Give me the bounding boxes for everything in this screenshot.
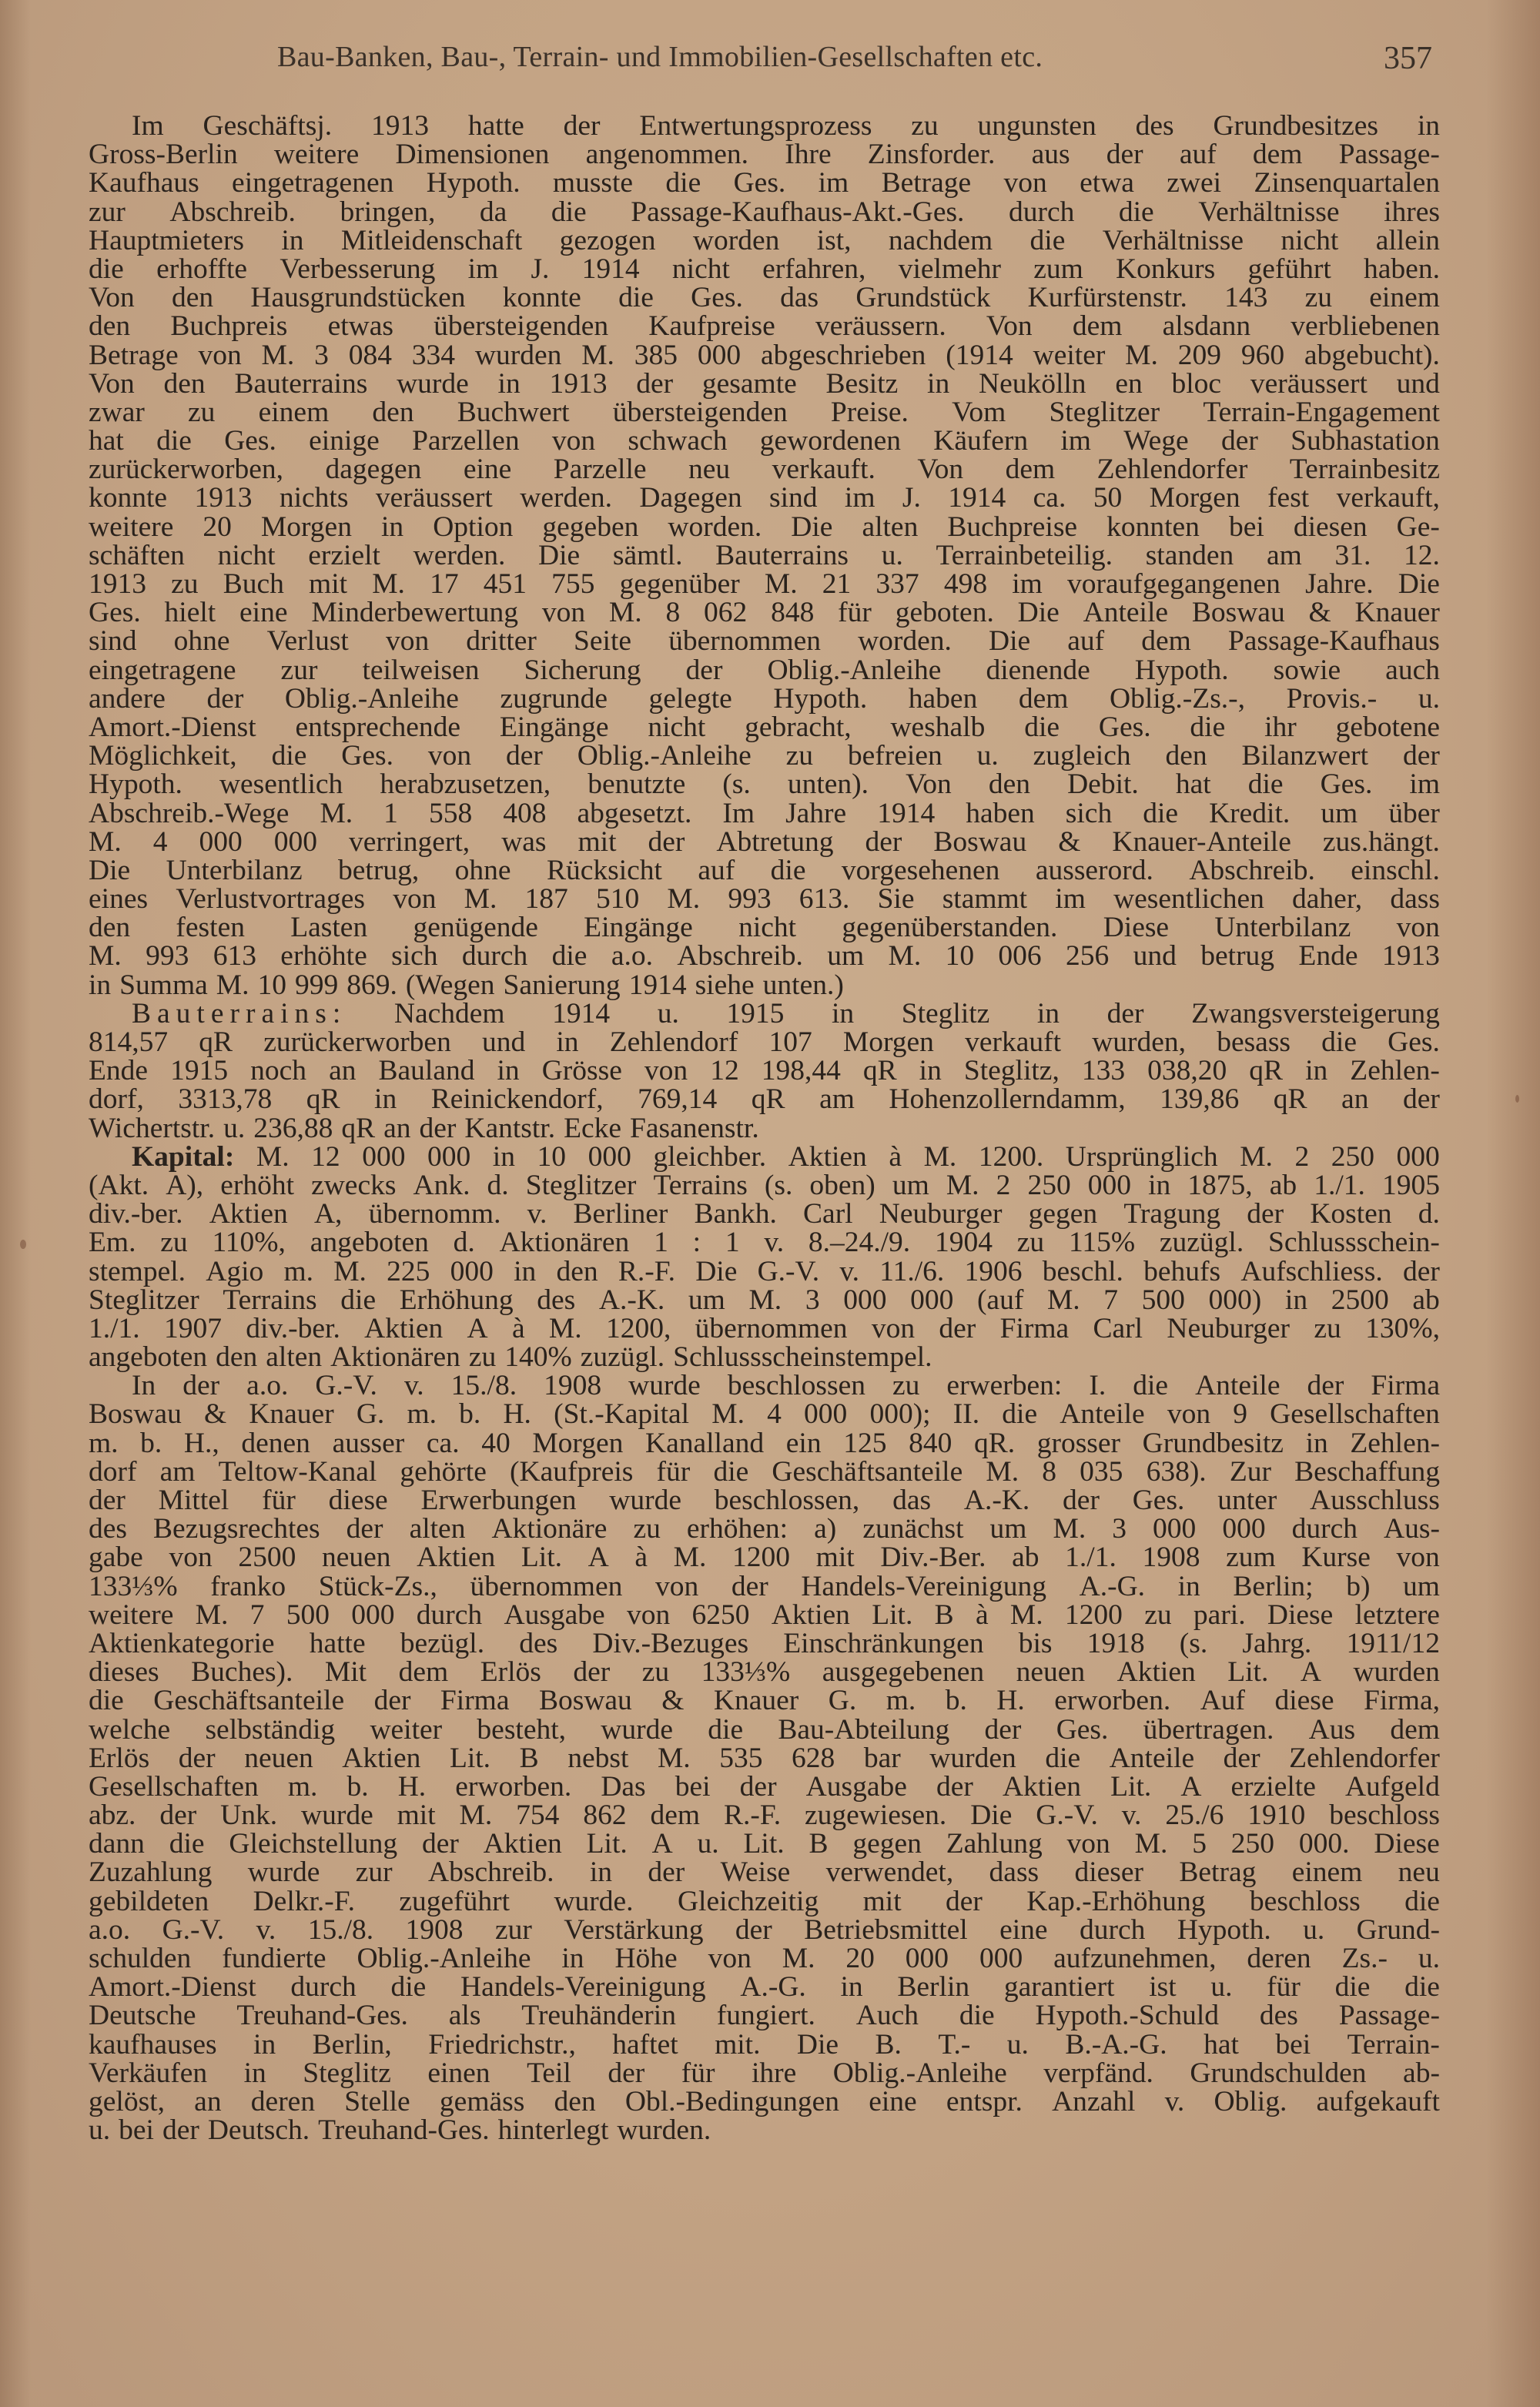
text-line: Gross-BerlinweitereDimensionenangenommen… bbox=[89, 140, 1440, 169]
text-line: a.o.G.-V.v.15./8.1908zurVerstärkungderBe… bbox=[89, 1916, 1440, 1944]
text-line: schuldenfundierteOblig.-AnleiheinHöhevon… bbox=[89, 1944, 1440, 1973]
text-line: Aktienkategoriehattebezügl.desDiv.-Bezug… bbox=[89, 1629, 1440, 1658]
text-line: KaufhauseingetragenenHypoth.musstedieGes… bbox=[89, 169, 1440, 197]
text-line: zurückerworben,dagegeneineParzelleneuver… bbox=[89, 455, 1440, 484]
paragraph-p4: Indera.o.G.-V.v.15./8.1908wurdebeschloss… bbox=[89, 1371, 1440, 2144]
text-line: gebildetenDelkr.-F.zugeführtwurde.Gleich… bbox=[89, 1887, 1440, 1916]
text-line: m.b.H.,denenausserca.40MorgenKanallandei… bbox=[89, 1429, 1440, 1458]
text-line: M.4000000verringert,wasmitderAbtretungde… bbox=[89, 828, 1440, 856]
text-line: dieerhoffteVerbesserungimJ.1914nichterfa… bbox=[89, 255, 1440, 283]
text-line: kaufhausesinBerlin,Friedrichstr.,haftetm… bbox=[89, 2030, 1440, 2059]
text-line: eingetragenezurteilweisenSicherungderObl… bbox=[89, 656, 1440, 685]
text-line: u.beiderDeutsch.Treuhand-Ges.hinterlegtw… bbox=[89, 2116, 1440, 2144]
text-line: ZuzahlungwurdezurAbschreib.inderWeisever… bbox=[89, 1858, 1440, 1886]
text-line: danndieGleichstellungderAktienLit.Au.Lit… bbox=[89, 1830, 1440, 1858]
text-line: Amort.-DienstentsprechendeEingängenichtg… bbox=[89, 713, 1440, 742]
text-line: ImGeschäftsj.1913hattederEntwertungsproz… bbox=[89, 112, 1440, 140]
text-line: (Akt.A),erhöhtzwecksAnk.d.SteglitzerTerr… bbox=[89, 1171, 1440, 1200]
text-line: 133⅓%frankoStück-Zs.,übernommenvonderHan… bbox=[89, 1572, 1440, 1601]
text-line: Hypoth.wesentlichherabzusetzen,benutzte(… bbox=[89, 770, 1440, 798]
text-line: sindohneVerlustvondritterSeiteübernommen… bbox=[89, 627, 1440, 655]
text-line: Gesellschaftenm.b.H.erworben.DasbeiderAu… bbox=[89, 1773, 1440, 1801]
paper-stain bbox=[20, 1240, 26, 1249]
text-line: anderederOblig.-AnleihezugrundegelegteHy… bbox=[89, 685, 1440, 713]
text-line: hatdieGes.einigeParzellenvonschwachgewor… bbox=[89, 427, 1440, 455]
text-line: M.993613erhöhtesichdurchdiea.o.Abschreib… bbox=[89, 942, 1440, 970]
text-line: Wichertstr.u.236,88qRanderKantstr.EckeFa… bbox=[89, 1114, 1440, 1143]
text-line: ErlösderneuenAktienLit.BnebstM.535628bar… bbox=[89, 1744, 1440, 1773]
text-line: VondenHausgrundstückenkonntedieGes.dasGr… bbox=[89, 283, 1440, 312]
text-line: Ende1915nochanBaulandinGrössevon12198,44… bbox=[89, 1056, 1440, 1085]
text-line: div.-ber.AktienA,übernomm.v.BerlinerBank… bbox=[89, 1200, 1440, 1228]
text-line: Abschreib.-WegeM.1558408abgesetzt.ImJahr… bbox=[89, 799, 1440, 828]
section-lead-label: Kapital: bbox=[132, 1143, 234, 1171]
text-line: denBuchpreisetwasübersteigendenKaufpreis… bbox=[89, 312, 1440, 340]
text-line: VerkäufeninSteglitzeinenTeilderfürihreOb… bbox=[89, 2059, 1440, 2087]
text-line: Amort.-DienstdurchdieHandels-Vereinigung… bbox=[89, 1973, 1440, 2001]
text-line: Kapital:M.12000000in10000gleichber.Aktie… bbox=[89, 1143, 1440, 1171]
text-line: VondenBauterrainswurdein1913dergesamteBe… bbox=[89, 370, 1440, 398]
text-line: DeutscheTreuhand-Ges.alsTreuhänderinfung… bbox=[89, 2001, 1440, 2030]
text-line: BetragevonM.3084334wurdenM.385000abgesch… bbox=[89, 341, 1440, 370]
page-edge-shadow-left bbox=[0, 0, 31, 2407]
paragraph-p1: ImGeschäftsj.1913hattederEntwertungsproz… bbox=[89, 112, 1440, 999]
paragraph-p2: Bauterrains:Nachdem1914u.1915inSteglitzi… bbox=[89, 999, 1440, 1143]
text-line: denfestenLastengenügendeEingängenichtgeg… bbox=[89, 913, 1440, 942]
text-line: dorf,3313,78qRinReinickendorf,769,14qRam… bbox=[89, 1085, 1440, 1113]
text-line: abz.derUnk.wurdemitM.754862demR.-F.zugew… bbox=[89, 1801, 1440, 1830]
section-lead-label: Bauterrains: bbox=[132, 999, 346, 1028]
text-line: dieGeschäftsanteilederFirmaBoswau&Knauer… bbox=[89, 1686, 1440, 1715]
text-line: welcheselbständigweiterbesteht,wurdedieB… bbox=[89, 1716, 1440, 1744]
text-line: Bauterrains:Nachdem1914u.1915inSteglitzi… bbox=[89, 999, 1440, 1028]
text-line: dorfamTeltow-Kanalgehörte(Kaufpreisfürdi… bbox=[89, 1458, 1440, 1486]
text-line: weitereM.7500000durchAusgabevon6250Aktie… bbox=[89, 1601, 1440, 1629]
text-line: 1913zuBuchmitM.17451755gegenüberM.213374… bbox=[89, 570, 1440, 598]
text-line: Indera.o.G.-V.v.15./8.1908wurdebeschloss… bbox=[89, 1371, 1440, 1400]
text-line: Möglichkeit,dieGes.vonderOblig.-Anleihez… bbox=[89, 742, 1440, 770]
text-line: desBezugsrechtesderaltenAktionärezuerhöh… bbox=[89, 1515, 1440, 1543]
text-line: zurAbschreib.bringen,dadiePassage-Kaufha… bbox=[89, 198, 1440, 226]
paragraph-p3: Kapital:M.12000000in10000gleichber.Aktie… bbox=[89, 1143, 1440, 1372]
text-line: DieUnterbilanzbetrug,ohneRücksichtaufdie… bbox=[89, 856, 1440, 885]
text-line: diesesBuches).MitdemErlösderzu133⅓%ausge… bbox=[89, 1658, 1440, 1686]
page-header: Bau-Banken, Bau-, Terrain- und Immobilie… bbox=[277, 40, 1432, 79]
text-line: gabevon2500neuenAktienLit.AàM.1200mitDiv… bbox=[89, 1543, 1440, 1572]
text-line: stempel.Agiom.M.225000indenR.-F.DieG.-V.… bbox=[89, 1257, 1440, 1286]
text-line: weitere20MorgeninOptiongegebenworden.Die… bbox=[89, 513, 1440, 541]
text-line: HauptmietersinMitleidenschaftgezogenword… bbox=[89, 226, 1440, 255]
running-title: Bau-Banken, Bau-, Terrain- und Immobilie… bbox=[277, 40, 1043, 74]
text-line: schäftennichterzieltwerden.Diesämtl.Baut… bbox=[89, 541, 1440, 570]
text-line: Em.zu110%,angebotend.Aktionären1:1v.8.–2… bbox=[89, 1228, 1440, 1257]
text-line: derMittelfürdieseErwerbungenwurdebeschlo… bbox=[89, 1486, 1440, 1515]
text-line: SteglitzerTerrainsdieErhöhungdesA.-K.umM… bbox=[89, 1286, 1440, 1314]
page-number: 357 bbox=[1384, 40, 1432, 77]
text-line: angebotendenaltenAktionärenzu140%zuzügl.… bbox=[89, 1343, 1440, 1371]
text-line: inSummaM.10999869.(WegenSanierung1914sie… bbox=[89, 971, 1440, 999]
text-line: 1./1.1907div.-ber.AktienAàM.1200,übernom… bbox=[89, 1314, 1440, 1343]
text-line: gelöst,anderenStellegemässdenObl.-Beding… bbox=[89, 2087, 1440, 2116]
page-edge-shadow-right bbox=[1486, 0, 1540, 2407]
text-line: zwarzueinemdenBuchwertübersteigendenPrei… bbox=[89, 398, 1440, 427]
paper-stain bbox=[1515, 1095, 1519, 1103]
text-line: Ges.hielteineMinderbewertungvonM.8062848… bbox=[89, 598, 1440, 627]
text-line: konnte1913nichtsveräussertwerden.Dagegen… bbox=[89, 484, 1440, 512]
text-line: 814,57qRzurückerworbenundinZehlendorf107… bbox=[89, 1028, 1440, 1056]
text-line: Boswau&KnauerG.m.b.H.(St.-KapitalM.40000… bbox=[89, 1400, 1440, 1428]
text-line: einesVerlustvortragesvonM.187510M.993613… bbox=[89, 885, 1440, 913]
document-body: ImGeschäftsj.1913hattederEntwertungsproz… bbox=[89, 112, 1440, 2144]
